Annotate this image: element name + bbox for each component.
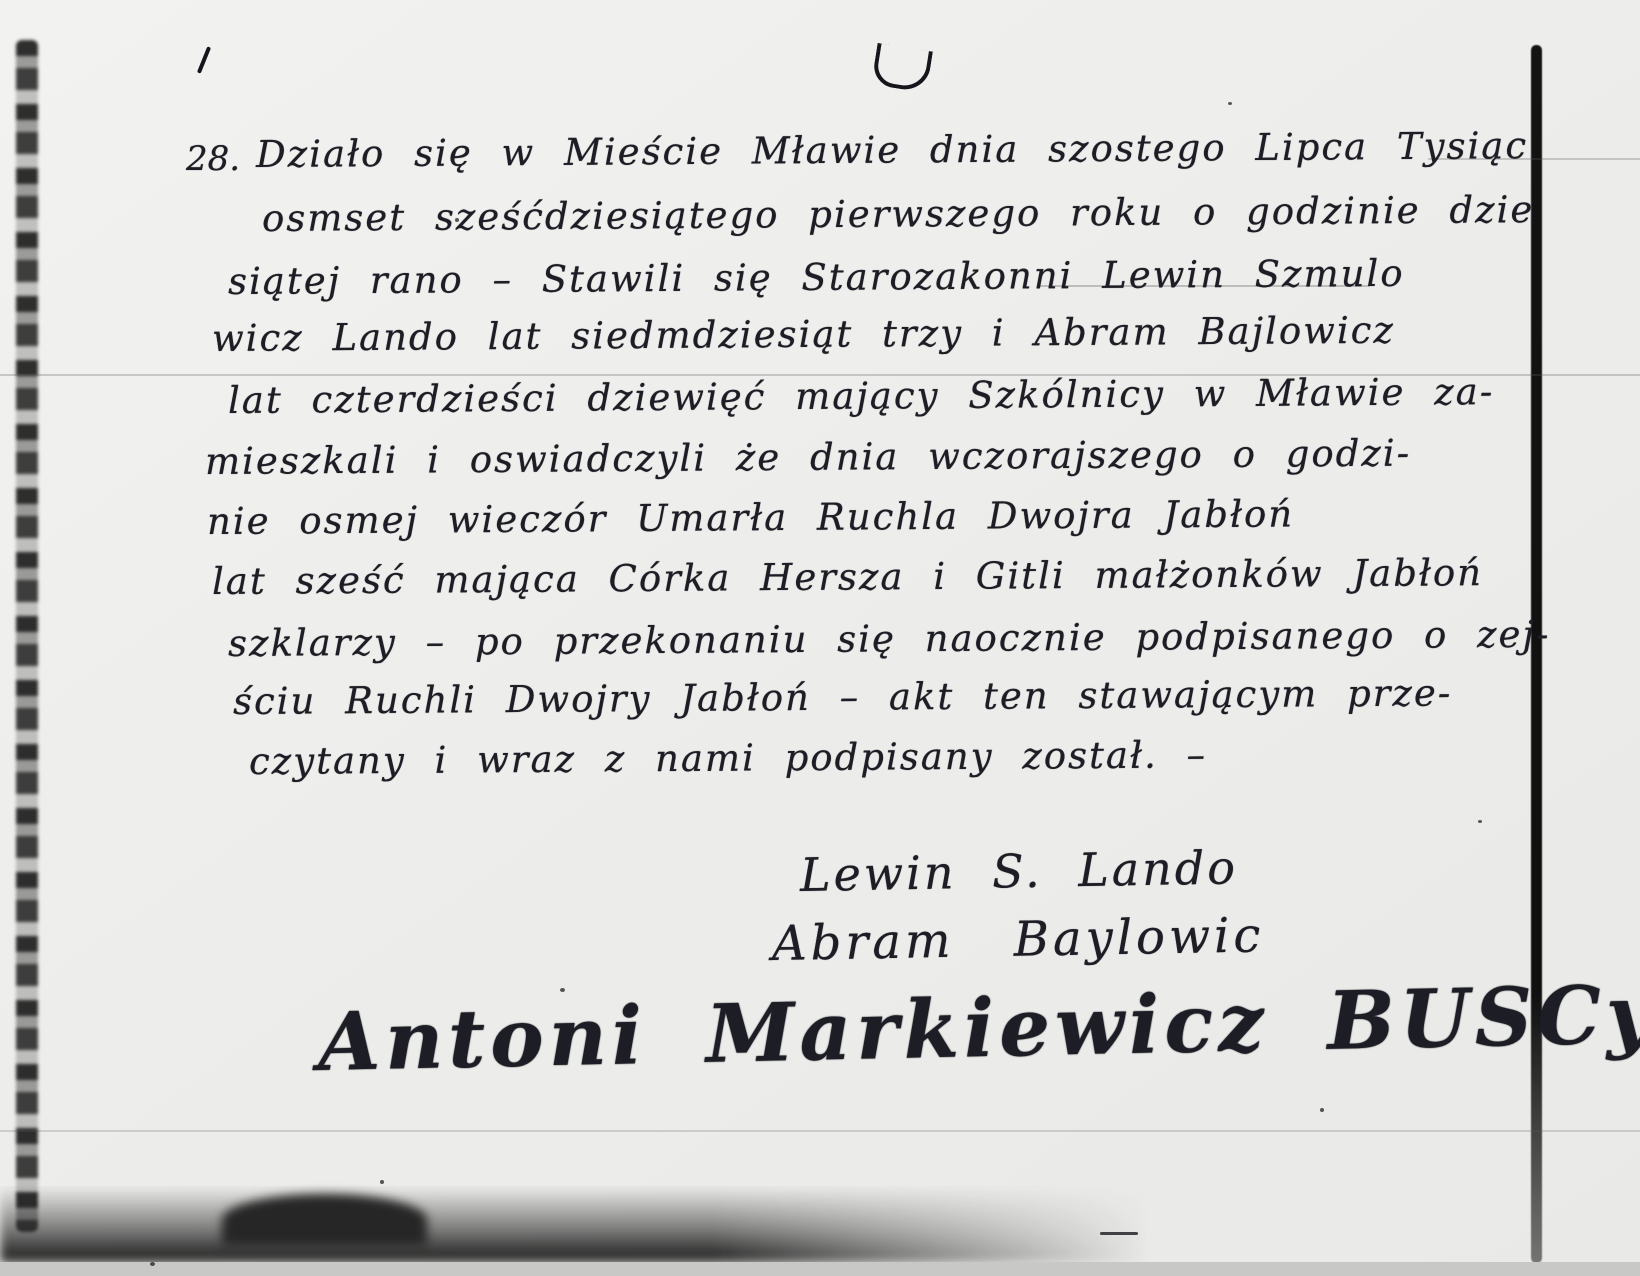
manuscript-line: lat sześć mająca Córka Hersza i Gitli ma… (212, 551, 1483, 603)
ink-speck (150, 1262, 155, 1266)
entry-number: 28. (186, 139, 240, 179)
signature-abram-baylowic: Abram Baylowic (772, 907, 1265, 972)
manuscript-line: lat czterdzieści dziewięć mający Szkólni… (228, 370, 1495, 422)
slash-pen-mark (197, 46, 211, 73)
manuscript-line: mieszkali i oswiadczyli że dnia wczorajs… (205, 432, 1411, 483)
scan-bottom-blob-artifact (222, 1194, 427, 1246)
signature-lewin-lando: Lewin S. Lando (800, 840, 1239, 902)
u-shaped-pen-mark (871, 43, 933, 93)
manuscript-line: Działo się w Mieście Mławie dnia szosteg… (256, 124, 1528, 176)
manuscript-line: siątej rano – Stawili się Starozakonni L… (228, 252, 1405, 303)
scan-bottom-edge-strip (0, 1262, 1640, 1276)
ink-speck (380, 1180, 384, 1184)
ink-speck (1320, 1108, 1324, 1112)
manuscript-line: osmset sześćdziesiątego pierwszego roku … (262, 188, 1535, 240)
ink-speck (1478, 820, 1482, 823)
ink-speck (1228, 102, 1232, 105)
scan-line-artifact (0, 1130, 1640, 1132)
manuscript-line: wicz Lando lat siedmdziesiąt trzy i Abra… (212, 309, 1395, 360)
pen-dash-mark (1100, 1232, 1138, 1235)
manuscript-line: nie osmej wieczór Umarła Ruchla Dwojra J… (207, 492, 1294, 543)
manuscript-line: szklarzy – po przekonaniu się naocznie p… (228, 613, 1551, 665)
manuscript-line: czytany i wraz z nami podpisany został. … (249, 733, 1207, 783)
signature-antoni-markiewicz: Antoni Markiewicz BUSCy (317, 967, 1640, 1089)
manuscript-line: ściu Ruchli Dwojry Jabłoń – akt ten staw… (233, 671, 1453, 723)
scan-left-edge-artifact (16, 40, 38, 1232)
scan-bottom-shadow-band (0, 1186, 1150, 1264)
scanned-document-page: 28. Działo się w Mieście Mławie dnia szo… (0, 0, 1640, 1276)
